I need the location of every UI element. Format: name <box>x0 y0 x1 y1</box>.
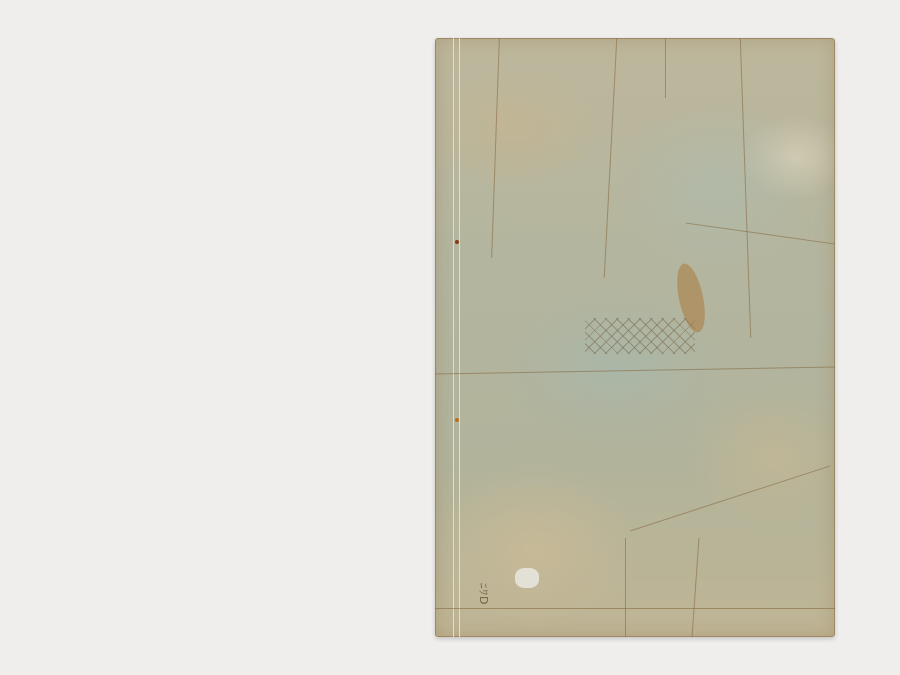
paper-loss-patch <box>515 568 539 588</box>
crease <box>604 38 618 278</box>
crease <box>625 538 626 637</box>
binding-hole <box>455 240 459 244</box>
crease <box>740 38 751 338</box>
crease <box>692 538 700 637</box>
crease <box>665 38 666 98</box>
crease <box>491 38 500 258</box>
spine-fold-line <box>459 38 460 637</box>
binding-hole <box>455 418 459 422</box>
crease <box>435 608 835 609</box>
crease <box>435 367 835 375</box>
crease <box>630 466 830 532</box>
handwritten-mark: ﾆﾜD <box>475 583 491 605</box>
spine-fold-line <box>453 38 454 637</box>
lattice-pattern <box>585 318 695 354</box>
book-cover: ﾆﾜD <box>435 38 835 637</box>
crease <box>686 223 835 245</box>
